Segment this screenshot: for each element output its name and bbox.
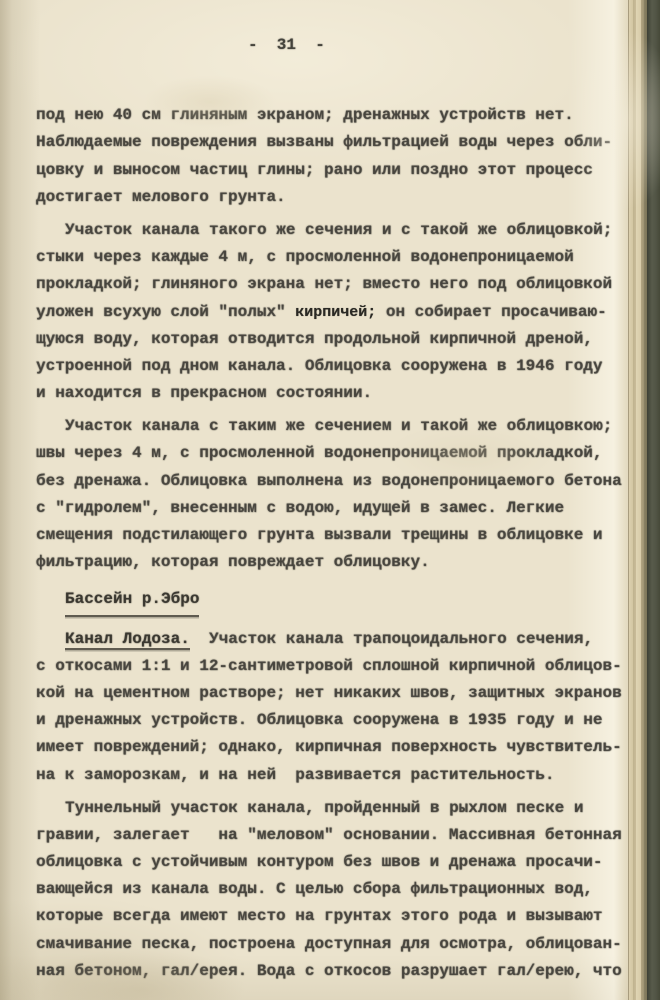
- text-line: прокладкой; глиняного экрана нет; вместо…: [36, 271, 628, 298]
- section-heading-text: Бассейн р.Эбро: [65, 586, 199, 616]
- text-line: облицовка с устойчивым контуром без швов…: [36, 849, 628, 876]
- text-line: вающейся из канала воды. С целью сбора ф…: [36, 876, 628, 903]
- text-line: Канал Лодоза. Участок канала трапоцоидал…: [36, 626, 628, 653]
- page-content: - 31 - под нею 40 см глиняным экраном; д…: [36, 0, 628, 985]
- text-line: смещения подстилающего грунта вызвали тр…: [36, 522, 628, 549]
- text-line: Участок канала с таким же сечением и так…: [36, 413, 628, 440]
- text-line: на к заморозкам, и на ней развивается ра…: [36, 762, 628, 789]
- paragraph: Участок канала такого же сечения и с так…: [36, 217, 628, 407]
- run-in-heading: Канал Лодоза.: [65, 630, 190, 650]
- binding-strip: [647, 0, 660, 1000]
- text-line: швы через 4 м, с просмоленной водонепрон…: [36, 440, 628, 467]
- text-line: Туннельный участок канала, пройденный в …: [36, 795, 628, 822]
- text-line: и дренажных устройств. Облицовка сооруже…: [36, 707, 628, 734]
- paragraph: под нею 40 см глиняным экраном; дренажны…: [36, 102, 628, 211]
- scan-shadow-left: [0, 0, 40, 1000]
- text-line: без дренажа. Облицовка выполнена из водо…: [36, 468, 628, 495]
- text-line: фильтрацию, которая повреждает облицовку…: [36, 549, 628, 576]
- text-line: цовку и выносом частиц глины; рано или п…: [36, 157, 628, 184]
- text-line: стыки через каждые 4 м, с просмоленной в…: [36, 244, 628, 271]
- paragraph: Участок канала с таким же сечением и так…: [36, 413, 628, 576]
- page-number: - 31 -: [36, 32, 628, 59]
- overstruck-word: кирпичей;: [295, 304, 376, 321]
- paragraph: Туннельный участок канала, пройденный в …: [36, 795, 628, 985]
- page-edge-stack: [628, 0, 647, 1000]
- scanned-page: - 31 - под нею 40 см глиняным экраном; д…: [0, 0, 660, 1000]
- text-line: устроенной под дном канала. Облицовка со…: [36, 353, 628, 380]
- text-line: и находится в прекрасном состоянии.: [36, 380, 628, 407]
- text-line: под нею 40 см глиняным экраном; дренажны…: [36, 102, 628, 129]
- typewritten-text: под нею 40 см глиняным экраном; дренажны…: [36, 102, 628, 985]
- section-heading: Бассейн р.Эбро: [36, 586, 628, 613]
- text-line: уложен всухую слой "полых" кирпичей; он …: [36, 299, 628, 326]
- text-line: с откосами 1:1 и 12-сантиметровой сплошн…: [36, 653, 628, 680]
- text-line: достигает мелового грунта.: [36, 184, 628, 211]
- text-line: кой на цементном растворе; нет никаких ш…: [36, 680, 628, 707]
- text-line: ная бетоном, гал/ерея. Вода с откосов ра…: [36, 958, 628, 985]
- text-line: с "гидролем", внесенным с водою, идущей …: [36, 495, 628, 522]
- text-line: щуюся воду, которая отводится продольной…: [36, 326, 628, 353]
- text-line: которые всегда имеют место на грунтах эт…: [36, 903, 628, 930]
- text-line: имеет повреждений; однако, кирпичная пов…: [36, 734, 628, 761]
- text-line: Наблюдаемые повреждения вызваны фильтрац…: [36, 129, 628, 156]
- text-line: Участок канала такого же сечения и с так…: [36, 217, 628, 244]
- text-line: смачивание песка, построена доступная дл…: [36, 931, 628, 958]
- paragraph: Канал Лодоза. Участок канала трапоцоидал…: [36, 626, 628, 789]
- text-line: гравии, залегает на "меловом" основании.…: [36, 822, 628, 849]
